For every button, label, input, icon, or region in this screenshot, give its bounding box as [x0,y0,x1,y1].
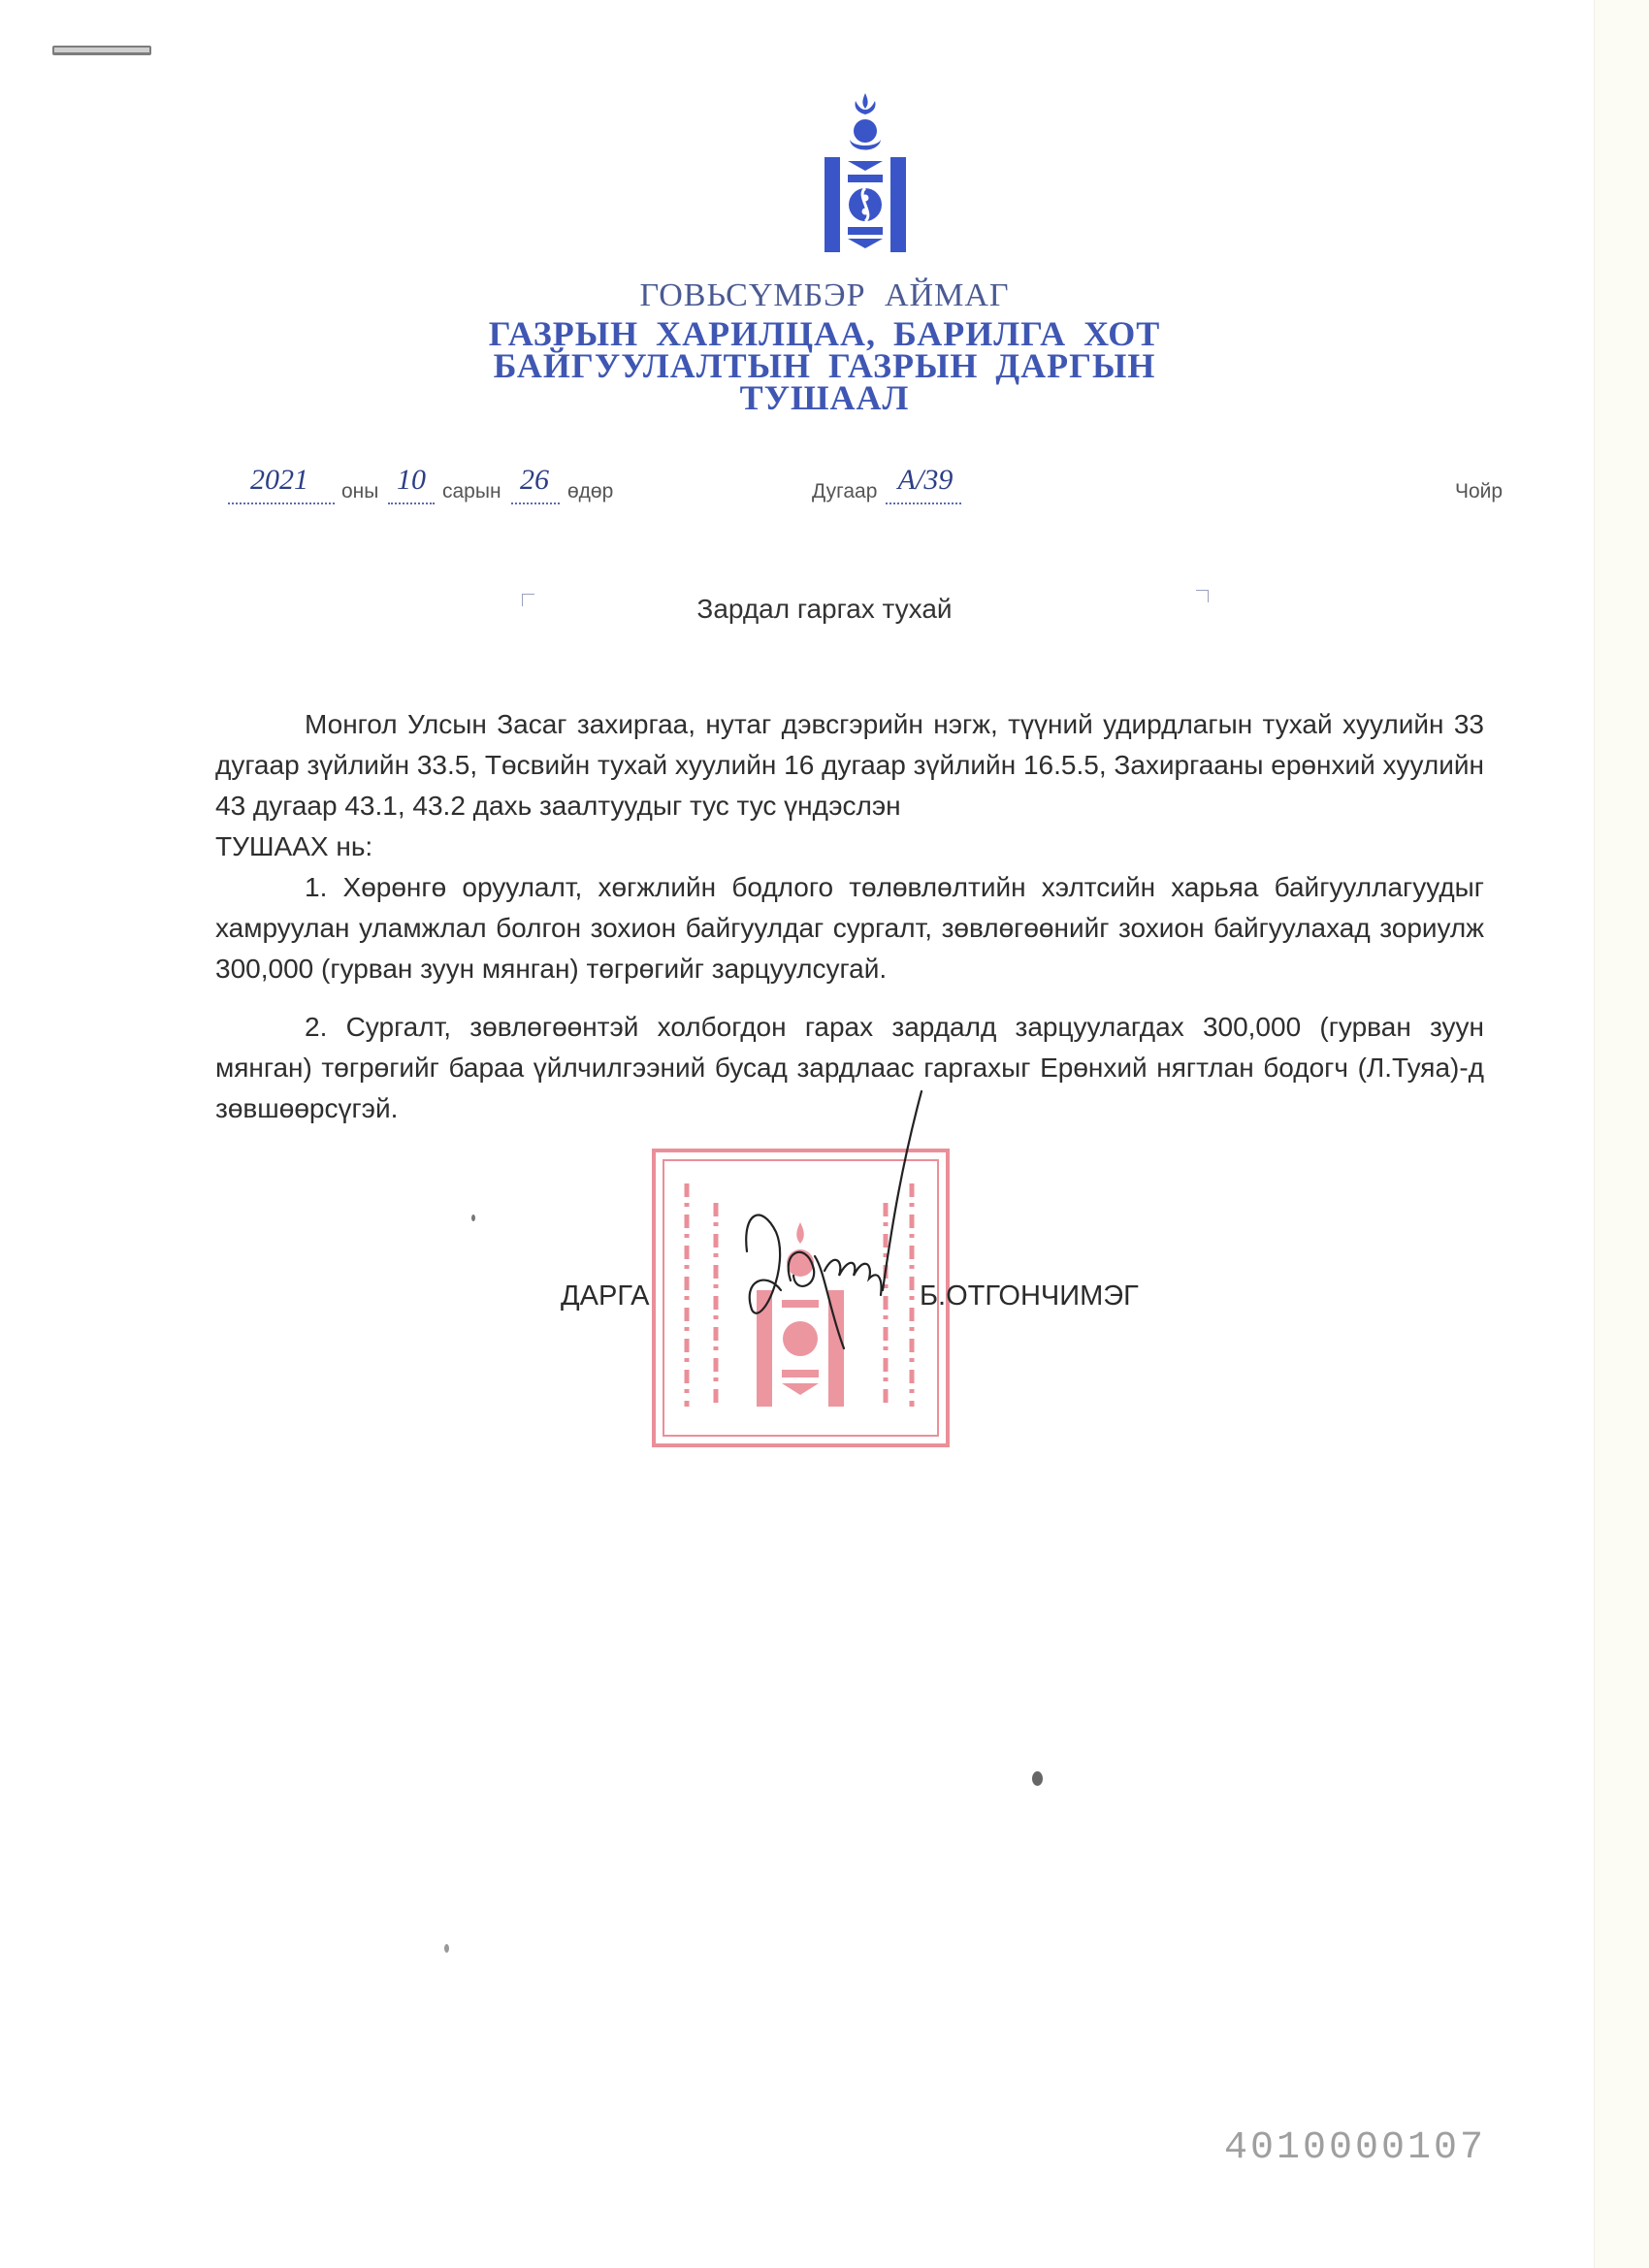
scan-speck [471,1215,475,1221]
year-handwritten: 2021 [231,464,328,497]
document-subject: Зардал гаргах тухай [0,594,1649,625]
signatory-role: ДАРГА [561,1280,649,1312]
staple-mark [52,46,151,55]
year-underline [228,502,335,504]
order-word: ТУШААХ нь: [215,826,1484,867]
serial-number-stamp: 4010000107 [1224,2126,1486,2170]
number-label: Дугаар [812,480,877,503]
order-number-handwritten: А/39 [888,464,963,497]
day-label: өдөр [567,480,613,503]
number-underline [886,502,961,504]
month-underline [388,502,435,504]
document-body: Монгол Улсын Засаг захиргаа, нутаг дэвсг… [215,704,1484,1129]
aimag-name: ГОВЬСҮМБЭР АЙМАГ [0,277,1649,314]
scan-speck [444,1944,449,1953]
day-underline [511,502,560,504]
preamble-paragraph: Монгол Улсын Засаг захиргаа, нутаг дэвсг… [215,704,1484,826]
scan-speck [1032,1771,1043,1786]
document-type: ТУШААЛ [0,377,1649,418]
year-label: оны [341,480,378,503]
day-handwritten: 26 [509,464,560,497]
signatory-name: Б.ОТГОНЧИМЭГ [920,1280,1139,1312]
order-item-1: 1. Хөрөнгө оруулалт, хөгжлийн бодлого тө… [215,867,1484,989]
soyombo-emblem-icon [821,91,910,256]
place-name: Чойр [1455,480,1503,503]
month-label: сарын [442,480,501,503]
handwritten-signature-icon [737,1086,970,1377]
month-handwritten: 10 [388,464,435,497]
